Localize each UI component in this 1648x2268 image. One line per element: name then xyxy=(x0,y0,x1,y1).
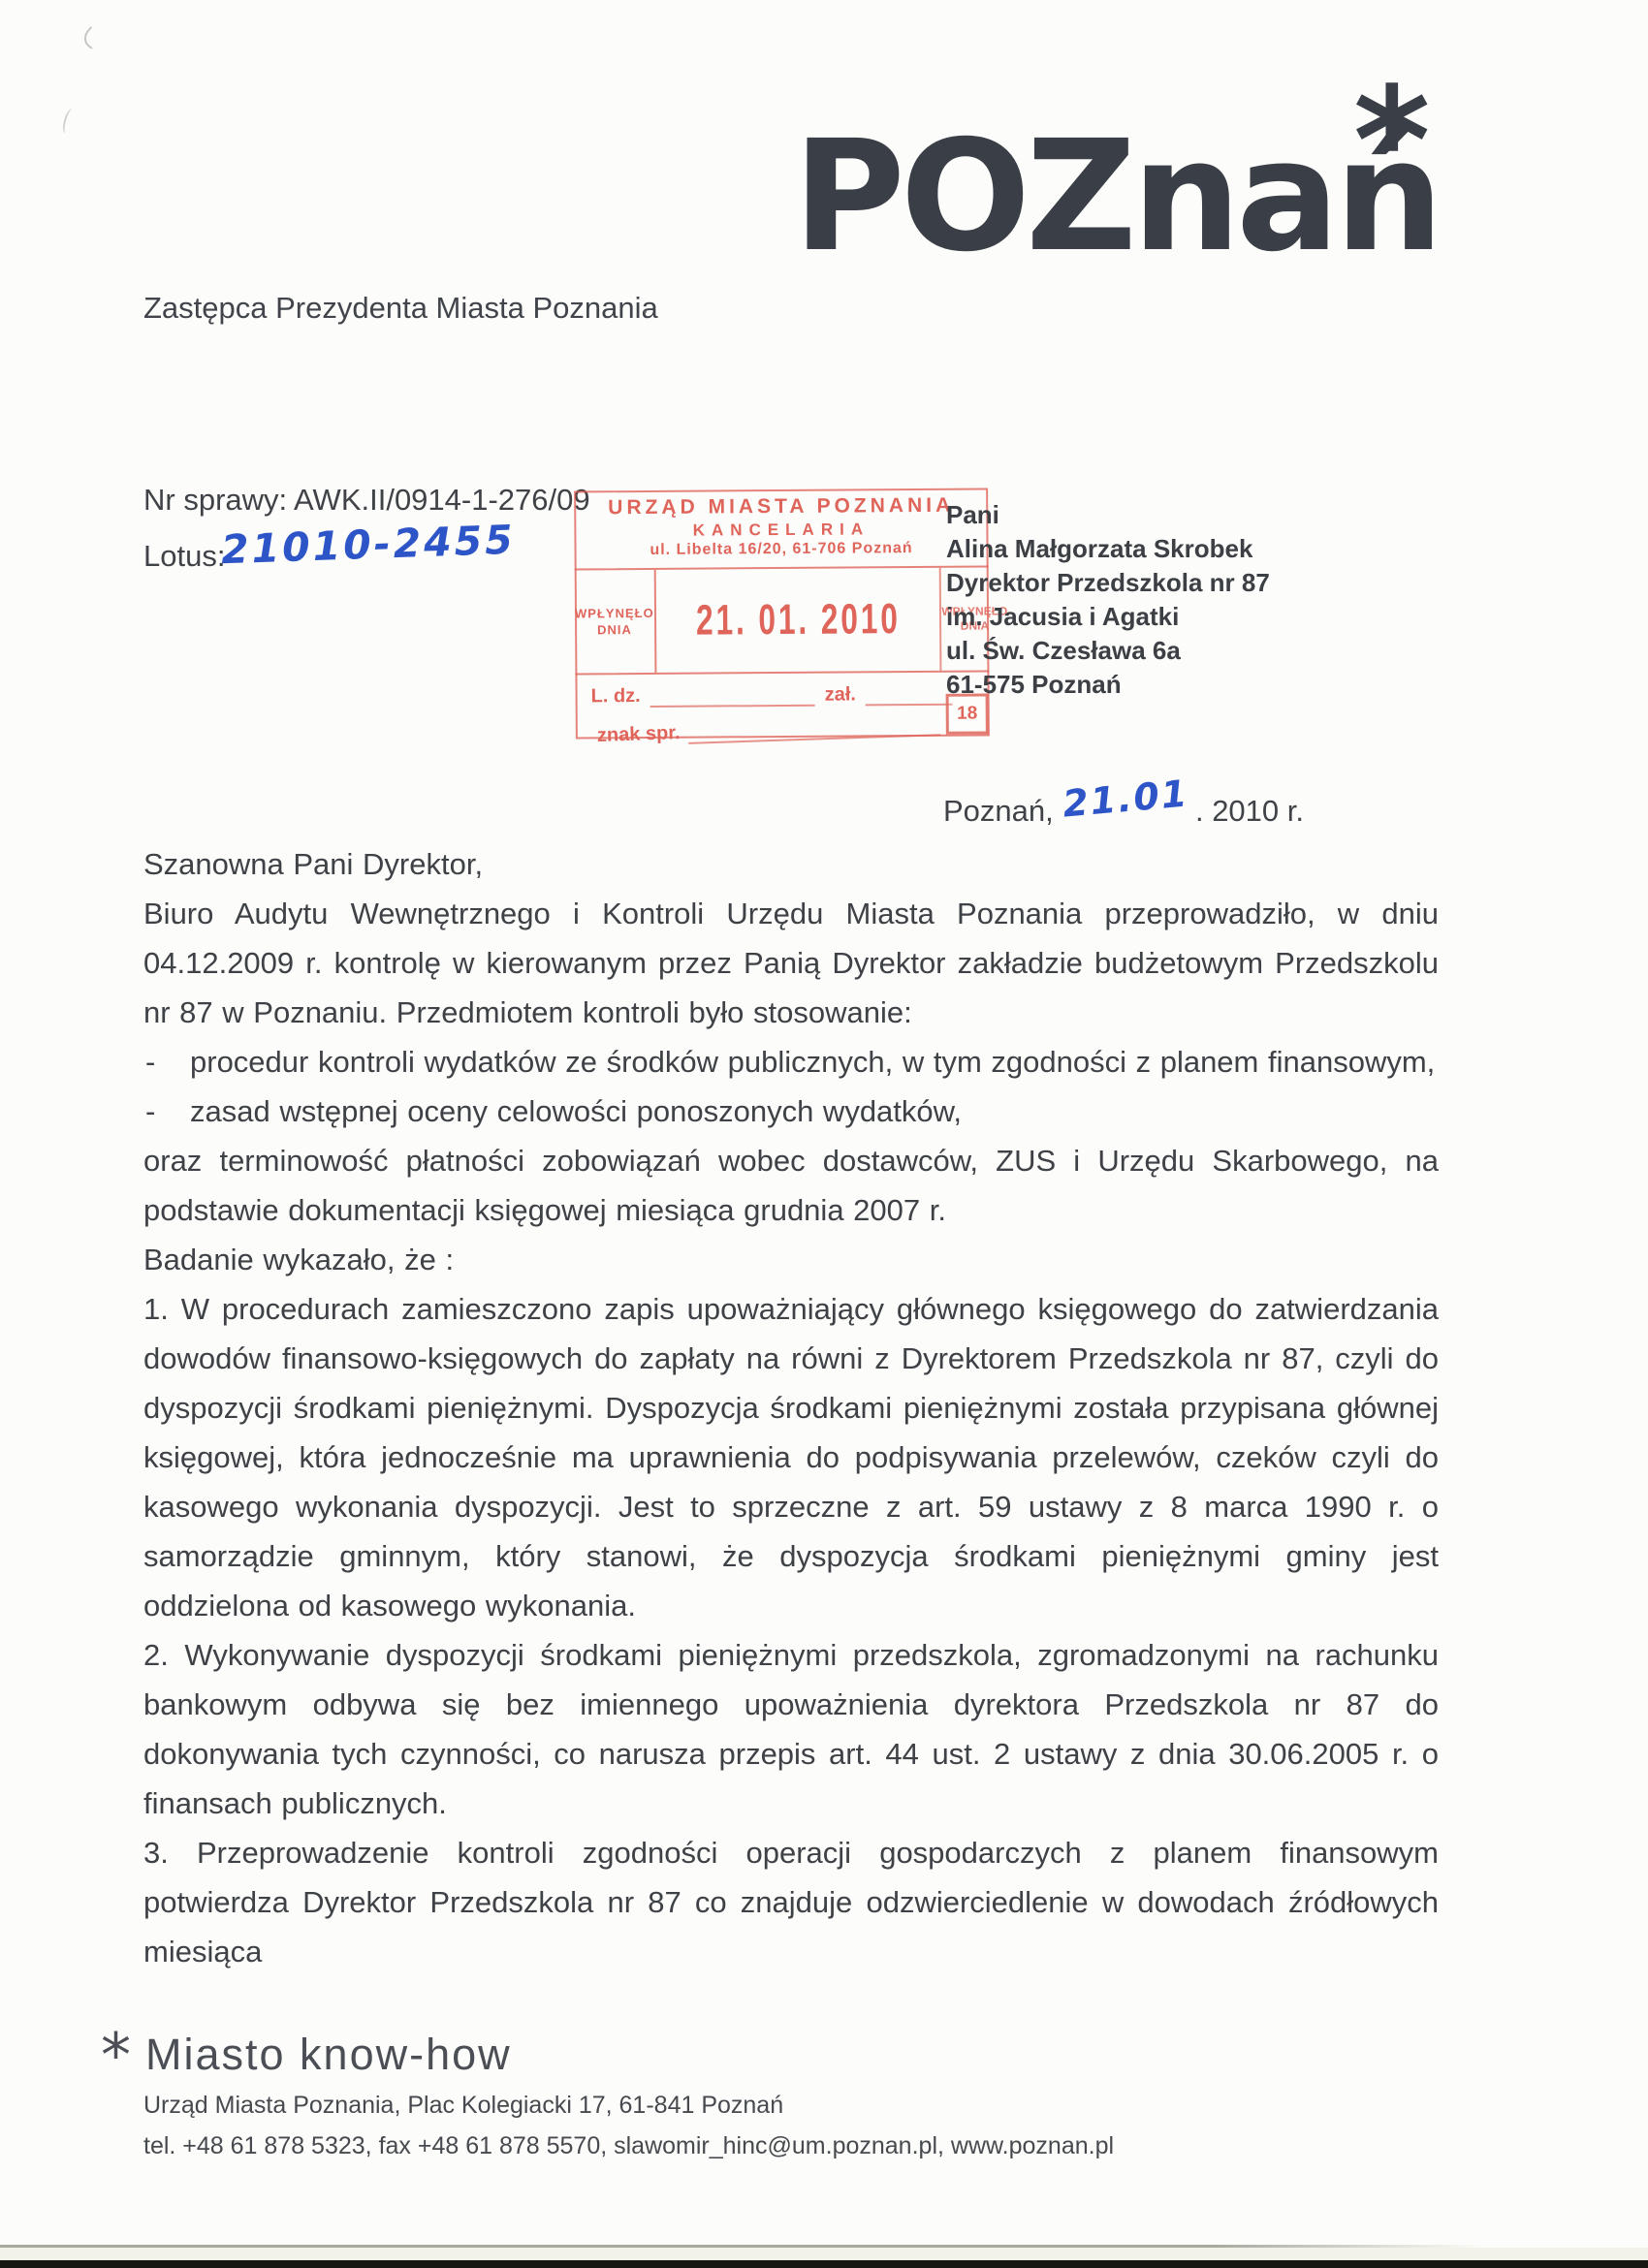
dateline-city: Poznań, xyxy=(943,794,1054,828)
stamp-office-address: ul. Libelta 16/20, 61-706 Poznań xyxy=(574,540,988,560)
recipient-line: ul. Św. Czesława 6a xyxy=(946,634,1270,668)
list-item-text: zasad wstępnej oceny celowości ponoszony… xyxy=(190,1094,962,1128)
stamp-office-block: URZĄD MIASTA POZNANIA KANCELARIA ul. Lib… xyxy=(574,494,988,560)
recipient-line: Pani xyxy=(946,498,1270,532)
stamp-ldz-label: L. dz. xyxy=(591,685,641,708)
footer-slogan: Miasto know-how xyxy=(145,2030,512,2080)
dateline-day-handwritten: 21.01 xyxy=(1061,772,1190,825)
sender-title: Zastępca Prezydenta Miasta Poznania xyxy=(143,291,658,326)
paragraph-finding-2: 2. Wykonywanie dyspozycji środkami pieni… xyxy=(143,1630,1439,1828)
recipient-block: Pani Alina Małgorzata Skrobek Dyrektor P… xyxy=(946,498,1270,702)
stamp-office-name: URZĄD MIASTA POZNANIA xyxy=(574,494,988,520)
dash-marker: - xyxy=(145,1087,155,1136)
paragraph-findings-intro: Badanie wykazało, że : xyxy=(143,1235,1439,1284)
scan-edge-black-bar xyxy=(0,2260,1648,2268)
poznan-logo: POZnań * xyxy=(793,124,1452,289)
list-item: -procedur kontroli wydatków ze środków p… xyxy=(143,1037,1439,1087)
recipient-line: Alina Małgorzata Skrobek xyxy=(946,532,1270,566)
sender-title-dot: · xyxy=(642,299,649,324)
stamp-date-row: WPŁYNĘŁO DNIA 21. 01. 2010 WPŁYNĘŁO DNIA xyxy=(575,566,990,676)
recipient-line: 61-575 Poznań xyxy=(946,668,1270,702)
list-item: -zasad wstępnej oceny celowości ponoszon… xyxy=(143,1087,1439,1136)
poznan-logo-text: POZnań xyxy=(793,108,1439,286)
footer-address: Urząd Miasta Poznania, Plac Kolegiacki 1… xyxy=(143,2092,783,2120)
stamp-zal-line xyxy=(866,680,953,707)
letter-body: Szanowna Pani Dyrektor, Biuro Audytu Wew… xyxy=(143,839,1439,1976)
dash-marker: - xyxy=(145,1037,155,1087)
scanned-letter-page: POZnań * Zastępca Prezydenta Miasta Pozn… xyxy=(0,0,1648,2268)
recipient-line: Dyrektor Przedszkola nr 87 xyxy=(946,566,1270,600)
dateline: Poznań,21.01. 2010 r. xyxy=(943,787,1304,830)
paragraph-finding-1: 1. W procedurach zamieszczono zapis upow… xyxy=(143,1284,1439,1630)
stamp-office-dept: KANCELARIA xyxy=(574,520,988,542)
dateline-year: . 2010 r. xyxy=(1195,794,1304,828)
case-number: Nr sprawy: AWK.II/0914-1-276/09 xyxy=(143,483,590,518)
footer-contact: tel. +48 61 878 5323, fax +48 61 878 557… xyxy=(143,2132,1114,2160)
list-item-text: procedur kontroli wydatków ze środków pu… xyxy=(190,1045,1435,1079)
lotus-label: Lotus: xyxy=(143,539,225,574)
paragraph-finding-3: 3. Przeprowadzenie kontroli zgodności op… xyxy=(143,1828,1439,1976)
pencil-mark xyxy=(61,108,77,135)
paragraph-intro: Biuro Audytu Wewnętrznego i Kontroli Urz… xyxy=(143,889,1439,1037)
stamp-received-date: 21. 01. 2010 xyxy=(695,568,900,672)
stamp-received-word1: WPŁYNĘŁO xyxy=(575,605,654,622)
stamp-received-word2: DNIA xyxy=(597,621,632,638)
stamp-received-label: WPŁYNĘŁO DNIA xyxy=(575,570,656,674)
footer-asterisk-icon: * xyxy=(101,2026,131,2086)
stamp-znak-label: znak spr. xyxy=(597,722,681,747)
stamp-ldz-line xyxy=(650,681,815,708)
poznan-logo-asterisk-icon: * xyxy=(1353,68,1431,215)
recipient-line: im. Jacusia i Agatki xyxy=(946,600,1270,634)
lotus-number-handwritten: 21010-2455 xyxy=(220,517,516,574)
stamp-field-row-1: L. dz. zał. xyxy=(590,680,979,709)
paragraph-scope: oraz terminowość płatności zobowiązań wo… xyxy=(143,1136,1439,1235)
registry-stamp: URZĄD MIASTA POZNANIA KANCELARIA ul. Lib… xyxy=(574,488,990,740)
scan-edge-band xyxy=(0,2248,1648,2260)
stamp-zal-label: zał. xyxy=(825,683,856,706)
salutation: Szanowna Pani Dyrektor, xyxy=(143,839,1439,889)
pencil-mark xyxy=(79,26,103,49)
